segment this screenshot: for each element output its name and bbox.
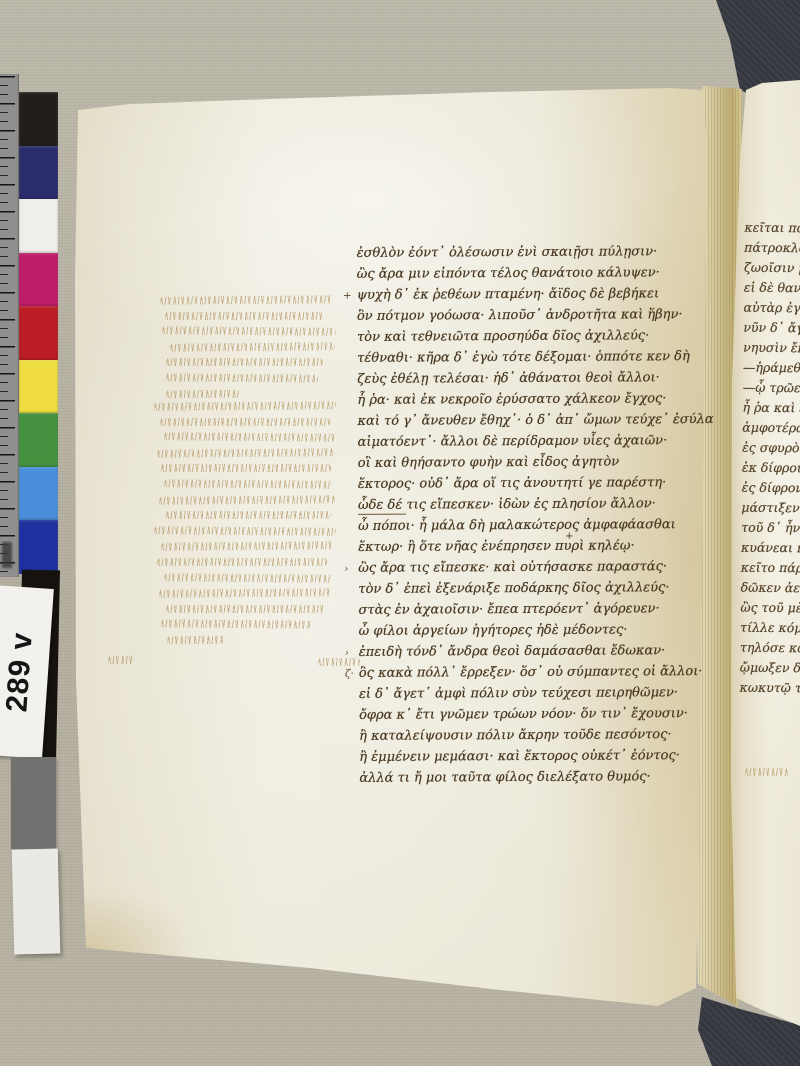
line-text: ὄφρα κ᾽ ἔτι γνῶμεν τρώων νόον· ὅν τιν᾽ ἔ… [359,706,688,723]
scholia-line [164,479,332,488]
gutter-mark: + [343,286,356,307]
manuscript-text-line: ὦ φίλοι ἀργείων ἡγήτορες ἠδὲ μέδοντες· [359,619,681,642]
manuscript-text-line: εἰ δ᾽ ἄγετ᾽ ἀμφὶ πόλιν σὺν τεύχεσι πειρη… [359,682,681,705]
line-text: τὸν δ᾽ ἐπεὶ ἐξενάριξε ποδάρκης δῖος ἀχιλ… [358,580,669,597]
scale-bar-gray-segment [11,757,56,849]
facing-page-line: τηλόσε κώ [740,638,800,659]
gutter-mark: ζ· [345,664,358,685]
line-text: ψυχὴ δ᾽ ἐκ ῥεθέων πταμένη· ἄϊδος δὲ βεβή… [357,286,659,303]
line-text: ἀλλά τι ἤ μοι ταῦτα φίλος διελέξατο θυμό… [359,769,650,786]
manuscript-text-line: ζεὺς ἐθέλῃ τελέσαι· ἠδ᾽ ἀθάνατοι θεοὶ ἄλ… [357,367,679,390]
color-patch [19,413,58,467]
manuscript-text-line: ἢ καταλείψουσιν πόλιν ἄκρην τοῦδε πεσόντ… [359,724,681,747]
main-text-block: ἐσθλὸν ἐόντ᾽ ὀλέσωσιν ἐνὶ σκαιῇσι πύλῃσι… [357,241,682,789]
facing-page-line: κεῖται πὰρ [744,218,800,239]
manuscript-text-line: ὄφρα κ᾽ ἔτι γνῶμεν τρώων νόον· ὅν τιν᾽ ἔ… [359,703,681,726]
scholia-line [166,511,331,519]
scholia-line [154,401,336,411]
line-text: εἰ δ᾽ ἄγετ᾽ ἀμφὶ πόλιν σὺν τεύχεσι πειρη… [359,685,678,702]
manuscript-text-line: ›ὣς ἄρα τις εἴπεσκε· καὶ οὐτήσασκε παρασ… [358,556,680,579]
scholia-line [166,373,318,382]
manuscript-text-line: καὶ τό γ᾽ ἄνευθεν ἔθηχ᾽· ὁ δ᾽ ἀπ᾽ ὤμων τ… [357,409,679,432]
facing-page-line: πάτροκλος [744,238,800,259]
color-patch [19,520,58,574]
interlinear-plus-mark: + [565,531,573,542]
line-text: ἢ καταλείψουσιν πόλιν ἄκρην τοῦδε πεσόντ… [359,727,671,744]
facing-page-line: τίλλε κόμη [740,618,800,639]
line-text: ὣς ἄρα τις εἴπεσκε· καὶ οὐτήσασκε παραστ… [358,559,667,576]
line-text: στὰς ἐν ἀχαιοῖσιν· ἔπεα πτερόεντ᾽ ἀγόρευ… [358,601,659,618]
manuscript-text-line: αἱματόεντ᾽· ἄλλοι δὲ περίδραμον υἷες ἀχα… [358,430,680,453]
line-text: οἳ καὶ θηήσαντο φυὴν καὶ εἶδος ἀγητὸν [358,454,620,470]
color-patch [19,306,58,360]
line-text: ὦ φίλοι ἀργείων ἡγήτορες ἠδὲ μέδοντες· [359,622,628,638]
calibration-ruler [0,74,19,577]
line-text: ἐπειδὴ τόνδ᾽ ἄνδρα θεοὶ δαμάσασθαι ἔδωκα… [359,643,666,660]
scholia-line [166,605,326,613]
folio-number-text: 289 v [0,631,40,713]
line-text: τὸν καὶ τεθνειῶτα προσηύδα δῖος ἀχιλλεύς… [357,328,649,345]
line-text: ἕκτορος· οὐδ᾽ ἄρα οἵ τις ἀνουτητί γε παρ… [358,475,667,492]
manuscript-text-line: τὸν καὶ τεθνειῶτα προσηύδα δῖος ἀχιλλεύς… [357,325,679,348]
manuscript-text-line: ἦ ῥα· καὶ ἐκ νεκροῖο ἐρύσσατο χάλκεον ἔγ… [357,388,679,411]
color-patch [19,146,58,200]
line-text: ὃν πότμον γοόωσα· λιποῦσ᾽ ἀνδροτῆτα καὶ … [357,307,683,324]
manuscript-text-line: ὧδε δέ τις εἴπεσκεν· ἰδὼν ἐς πλησίον ἄλλ… [358,493,680,516]
scholia-line [108,656,134,664]
facing-page-line: ἦ ῥα καὶ ἕκ [742,398,800,419]
scholia-line [745,768,789,776]
color-patch [19,360,58,414]
scholia-line [318,658,360,666]
manuscript-text-line: ἕκτορος· οὐδ᾽ ἄρα οἵ τις ἀνουτητί γε παρ… [358,472,680,495]
photograph-of-manuscript: κεῖται πὰρπάτροκλοςζωοῖσιν μεεἰ δὲ θανόν… [0,0,800,1066]
color-patch [19,92,58,146]
scholia-line [170,342,335,351]
facing-page-line: κεῖτο πάρο [741,558,800,579]
facing-page-line: εἰ δὲ θανόν [744,278,800,299]
scholia-line [157,558,327,566]
scholia-line [154,526,336,536]
manuscript-text-line: ἐσθλὸν ἐόντ᾽ ὀλέσωσιν ἐνὶ σκαιῇσι πύλῃσι… [357,241,679,264]
facing-page-line: τοῦ δ᾽ ἦν ἑλ [741,518,800,539]
scholia-line [159,495,335,505]
facing-page-line: ὣς τοῦ μὲν [740,598,800,619]
ruler-major-ticks [0,76,15,574]
manuscript-text-line: +ψυχὴ δ᾽ ἐκ ῥεθέων πταμένη· ἄϊδος δὲ βεβ… [357,283,679,306]
line-text: τέθναθι· κῆρα δ᾽ ἐγὼ τότε δέξομαι· ὁππότ… [357,349,690,366]
facing-page-line: δῶκεν ἀεικ [741,578,800,599]
facing-page-line: ᾤμωξεν δ᾽ [740,658,800,679]
color-patch [19,253,58,307]
facing-page-line: ἐς σφυρὸν [742,438,800,459]
manuscript-text-line: ›ἐπειδὴ τόνδ᾽ ἄνδρα θεοὶ δαμάσασθαι ἔδωκ… [359,640,681,663]
manuscript-text-line: ὦ πόποι· ἦ μάλα δὴ μαλακώτερος ἀμφαφάασθ… [358,514,680,537]
facing-page-line: —ᾧ τρῶες κ [743,378,800,399]
ruler-bottom-label-illegible [2,542,12,568]
line-text: ἢ ἐμμένειν μεμάασι· καὶ ἕκτορος οὐκέτ᾽ ἐ… [359,748,680,765]
manuscript-text-line: ἢ ἐμμένειν μεμάασι· καὶ ἕκτορος οὐκέτ᾽ ἐ… [359,745,681,768]
scholia-line [161,464,331,472]
facing-page-line: —ἠράμεθα [743,358,800,379]
manuscript-text-line: ὃν πότμον γοόωσα· λιποῦσ᾽ ἀνδροτῆτα καὶ … [357,304,679,327]
gutter-mark: › [344,559,357,580]
scale-bar-white-segment [12,848,61,954]
manuscript-text-line: τέθναθι· κῆρα δ᾽ ἐγὼ τότε δέξομαι· ὁππότ… [357,346,679,369]
scholia-line [166,389,240,398]
scholia-line [165,312,323,320]
line-text: ὦ πόποι· ἦ μάλα δὴ μαλακώτερος ἀμφαφάασθ… [358,517,676,534]
manuscript-text-line: οἳ καὶ θηήσαντο φυὴν καὶ εἶδος ἀγητὸν [358,451,680,474]
facing-page-line: νῦν δ᾽ ἄγ᾽ ἀ [743,318,800,339]
color-patch [19,467,58,521]
line-text: ἕκτωρ· ἢ ὅτε νῆας ἐνέπρησεν πυρὶ κηλέῳ· [358,538,635,554]
manuscript-text-line: ἕκτωρ· ἢ ὅτε νῆας ἐνέπρησεν πυρὶ κηλέῳ· [358,535,680,558]
facing-page-line: μάστιξεν ῥ [741,498,800,519]
facing-page-line: κωκυτῷ τ᾽ [739,678,800,699]
manuscript-text-line: στὰς ἐν ἀχαιοῖσιν· ἔπεα πτερόεντ᾽ ἀγόρευ… [358,598,680,621]
line-text: ὧδε δέ τις εἴπεσκεν· ἰδὼν ἐς πλησίον ἄλλ… [358,496,656,515]
scholia-line [164,573,332,582]
line-text: ὃς κακὰ πόλλ᾽ ἔρρεξεν· ὅσ᾽ οὐ σύμπαντες … [359,664,703,681]
scholia-line [160,295,332,305]
color-calibration-bar [19,92,58,574]
scholia-line [157,448,335,458]
facing-page-line: νηυσὶν ἔπι [743,338,800,359]
facing-page-line: αὐτὰρ ἐγὼ [743,298,800,319]
line-text: καὶ τό γ᾽ ἄνευθεν ἔθηχ᾽· ὁ δ᾽ ἀπ᾽ ὤμων τ… [357,412,713,429]
line-text: αἱματόεντ᾽· ἄλλοι δὲ περίδραμον υἷες ἀχα… [358,433,668,450]
facing-page-line: ἐς δίφρον δ [742,478,800,499]
facing-page-line: κυάνεαι πί [741,538,800,559]
facing-page-line: ἐκ δίφροιο [742,458,800,479]
line-text: ὣς ἄρα μιν εἰπόντα τέλος θανάτοιο κάλυψε… [357,265,660,282]
line-text: ἦ ῥα· καὶ ἐκ νεκροῖο ἐρύσσατο χάλκεον ἔγ… [357,391,666,408]
manuscript-text-line: τὸν δ᾽ ἐπεὶ ἐξενάριξε ποδάρκης δῖος ἀχιλ… [358,577,680,600]
scholia-line [160,418,330,426]
manuscript-text-line: ὣς ἄρα μιν εἰπόντα τέλος θανάτοιο κάλυψε… [357,262,679,285]
line-text: ζεὺς ἐθέλῃ τελέσαι· ἠδ᾽ ἀθάνατοι θεοὶ ἄλ… [357,370,659,387]
line-text: ἐσθλὸν ἐόντ᾽ ὀλέσωσιν ἐνὶ σκαιῇσι πύλῃσι… [357,244,658,261]
color-patch [19,199,58,253]
manuscript-text-line: ἀλλά τι ἤ μοι ταῦτα φίλος διελέξατο θυμό… [359,766,681,789]
facing-page-line: ἀμφοτέρω [742,418,800,439]
facing-page-text-fragments: κεῖται πὰρπάτροκλοςζωοῖσιν μεεἰ δὲ θανόν… [739,218,800,699]
scholia-line [167,636,225,645]
scholia-line [166,358,323,366]
facing-page-line: ζωοῖσιν με [744,258,800,279]
manuscript-text-line: ζ·ὃς κακὰ πόλλ᾽ ἔρρεξεν· ὅσ᾽ οὐ σύμπαντε… [359,661,681,684]
